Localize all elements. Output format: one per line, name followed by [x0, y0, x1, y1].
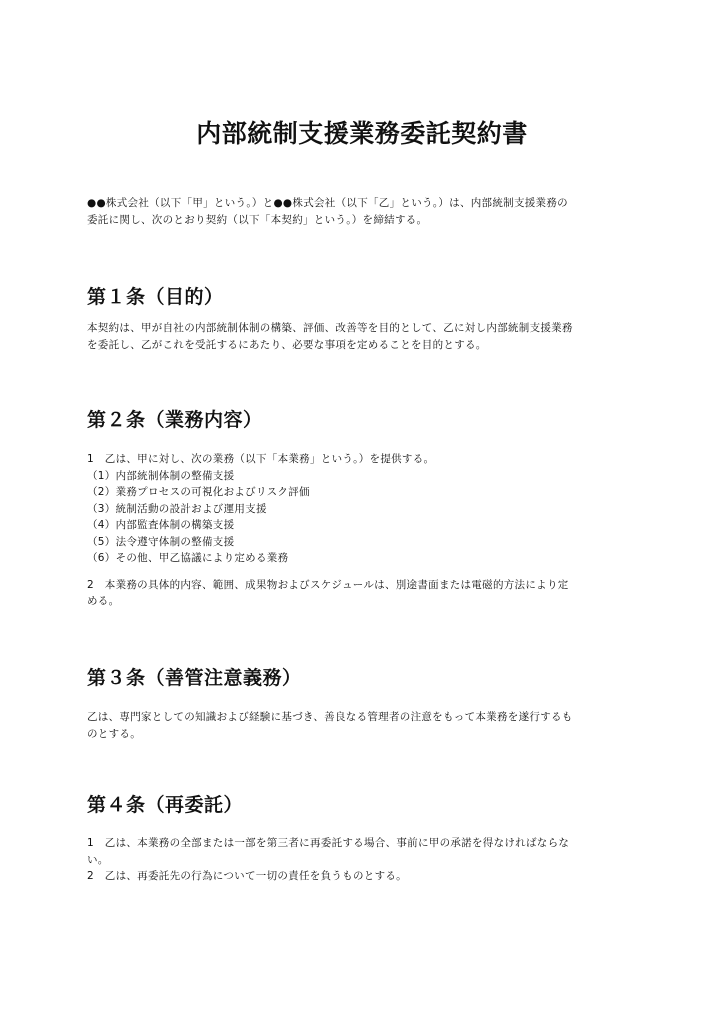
- article-2-heading: 第２条（業務内容）: [87, 406, 263, 434]
- article-3-line: のとする。: [87, 726, 647, 743]
- article-4-clause-1-cont: い。: [87, 852, 647, 869]
- article-2-clause-2-cont: める。: [87, 593, 647, 610]
- document-page: 内部統制支援業務委託契約書 ●●株式会社（以下「甲」という。）と●●株式会社（以…: [0, 0, 724, 1024]
- article-1-line: を委託し、乙がこれを受託するにあたり、必要な事項を定めることを目的とする。: [87, 337, 647, 354]
- article-4-body: 1 乙は、本業務の全部または一部を第三者に再委託する場合、事前に甲の承諾を得なけ…: [87, 835, 647, 885]
- article-2-item-3: （3）統制活動の設計および運用支援: [87, 501, 647, 518]
- article-4-clause-1: 1 乙は、本業務の全部または一部を第三者に再委託する場合、事前に甲の承諾を得なけ…: [87, 835, 647, 852]
- article-2-clause-2: 2 本業務の具体的内容、範囲、成果物およびスケジュールは、別途書面または電磁的方…: [87, 577, 647, 594]
- article-2-item-6: （6）その他、甲乙協議により定める業務: [87, 550, 647, 567]
- article-4-clause-2: 2 乙は、再委託先の行為について一切の責任を負うものとする。: [87, 868, 647, 885]
- article-2-item-2: （2）業務プロセスの可視化およびリスク評価: [87, 484, 647, 501]
- article-2-item-1: （1）内部統制体制の整備支援: [87, 468, 647, 485]
- document-title: 内部統制支援業務委託契約書: [0, 116, 724, 152]
- article-2-clause-1: 1 乙は、甲に対し、次の業務（以下「本業務」という。）を提供する。: [87, 451, 647, 468]
- spacer: [87, 567, 647, 577]
- preamble-line: ●●株式会社（以下「甲」という。）と●●株式会社（以下「乙」という。）は、内部統…: [87, 195, 647, 212]
- preamble: ●●株式会社（以下「甲」という。）と●●株式会社（以下「乙」という。）は、内部統…: [87, 195, 647, 228]
- article-1-line: 本契約は、甲が自社の内部統制体制の構築、評価、改善等を目的として、乙に対し内部統…: [87, 320, 647, 337]
- article-1-heading: 第１条（目的）: [87, 283, 224, 311]
- article-3-heading: 第３条（善管注意義務）: [87, 664, 302, 692]
- article-3-line: 乙は、専門家としての知識および経験に基づき、善良なる管理者の注意をもって本業務を…: [87, 709, 647, 726]
- preamble-line: 委託に関し、次のとおり契約（以下「本契約」という。）を締結する。: [87, 212, 647, 229]
- article-2-item-5: （5）法令遵守体制の整備支援: [87, 534, 647, 551]
- article-3-body: 乙は、専門家としての知識および経験に基づき、善良なる管理者の注意をもって本業務を…: [87, 709, 647, 742]
- article-1-body: 本契約は、甲が自社の内部統制体制の構築、評価、改善等を目的として、乙に対し内部統…: [87, 320, 647, 353]
- article-4-heading: 第４条（再委託）: [87, 791, 243, 819]
- article-2-body: 1 乙は、甲に対し、次の業務（以下「本業務」という。）を提供する。 （1）内部統…: [87, 451, 647, 610]
- article-2-item-4: （4）内部監査体制の構築支援: [87, 517, 647, 534]
